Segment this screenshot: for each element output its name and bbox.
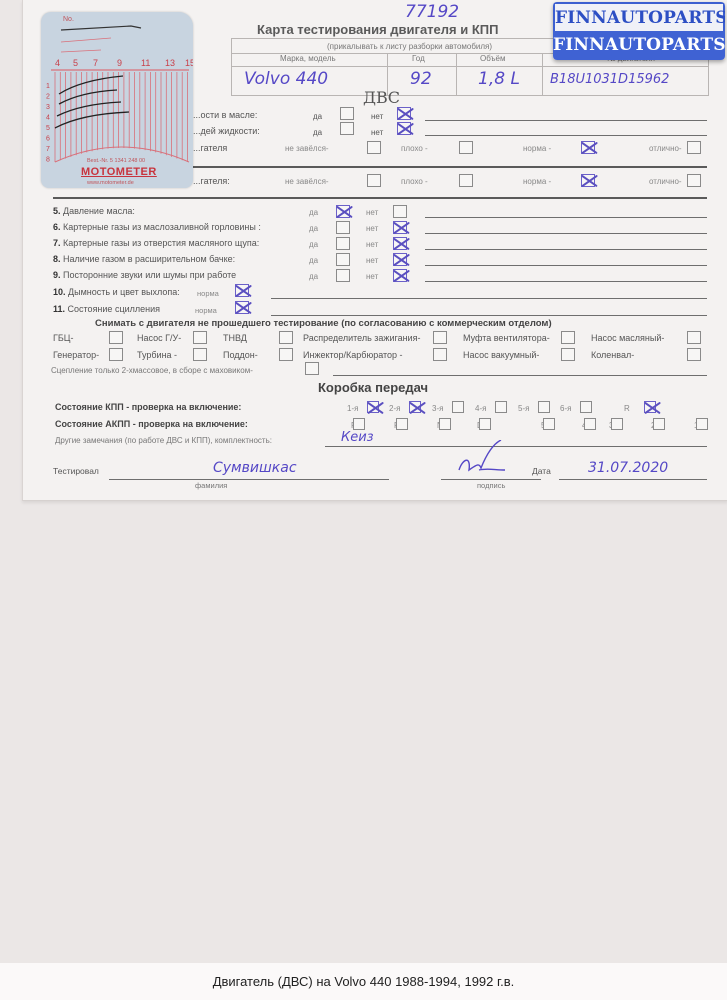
flywheel-note: Сцепление только 2-хмассовое, в сборе с … [51, 366, 253, 375]
svg-text:8: 8 [46, 157, 50, 164]
row-number: 11. [53, 304, 65, 314]
checkbox-no[interactable] [393, 253, 407, 266]
part-checkbox[interactable] [561, 348, 575, 361]
answer-line [425, 233, 707, 234]
answer-line [425, 249, 707, 250]
checkbox-yes[interactable] [336, 253, 350, 266]
gear-checkbox[interactable] [409, 401, 421, 413]
row-number: 10. [53, 287, 66, 297]
no-label: нет [371, 128, 383, 137]
part-label: Насос вакуумный- [463, 350, 539, 360]
checkbox-no[interactable] [393, 269, 407, 282]
gear-checkbox[interactable] [543, 418, 555, 430]
no-label: нет [366, 240, 378, 249]
yes-label: да [309, 272, 318, 281]
answer-line [425, 281, 707, 282]
numbered-row-label: 6. Картерные газы из маслозаливной горло… [53, 222, 261, 232]
part-label: Генератор- [53, 350, 99, 360]
svg-text:4: 4 [55, 58, 60, 68]
gear-label: R [624, 404, 630, 413]
gear-checkbox[interactable] [584, 418, 596, 430]
answer-line [425, 217, 707, 218]
numbered-row-label: 9. Посторонние звуки или шумы при работе [53, 270, 236, 280]
option-checkbox[interactable] [581, 174, 595, 187]
svg-text:4: 4 [46, 115, 50, 122]
checkbox-yes[interactable] [336, 237, 350, 250]
gear-checkbox[interactable] [367, 401, 379, 413]
auto-gearbox-label: Состояние АКПП - проверка на включение: [55, 419, 248, 429]
yes-label: да [309, 208, 318, 217]
row-text: Картерные газы из отверстия масляного щу… [63, 238, 259, 248]
other-notes-label: Другие замечания (по работе ДВС и КПП), … [55, 436, 272, 445]
date-label: Дата [532, 466, 551, 476]
gauge-no-label: No. [63, 16, 74, 23]
row-text: Картерные газы из маслозаливной горловин… [63, 222, 261, 232]
gear-checkbox[interactable] [580, 401, 592, 413]
no-label: нет [366, 224, 378, 233]
part-label: Коленвал- [591, 350, 634, 360]
part-checkbox[interactable] [109, 348, 123, 361]
option-label: плохо - [401, 144, 428, 153]
row-text: Дымность и цвет выхлопа: [68, 287, 180, 297]
column-header-volume: Объём [480, 54, 506, 63]
tested-by-value: Сумвишкас [213, 460, 297, 476]
column-header-year: Год [412, 54, 425, 63]
svg-text:15: 15 [185, 58, 193, 68]
svg-text:11: 11 [141, 58, 150, 68]
gear-label: 5-я [518, 404, 529, 413]
part-checkbox[interactable] [561, 331, 575, 344]
quality-row-label: ...гателя [193, 143, 227, 153]
part-checkbox[interactable] [109, 331, 123, 344]
checkbox-no[interactable] [393, 205, 407, 218]
tracking-number: 77192 [405, 2, 459, 22]
row-text: Давление масла: [63, 206, 135, 216]
norma-label: норма [197, 289, 219, 298]
row-text: Состояние сцилления [68, 304, 160, 314]
part-label: Насос масляный- [591, 333, 664, 343]
part-checkbox[interactable] [433, 348, 447, 361]
tested-by-label: Тестировал [53, 466, 99, 476]
gear-checkbox[interactable] [439, 418, 451, 430]
other-notes-value: Кеиз [341, 430, 374, 445]
part-checkbox[interactable] [279, 348, 293, 361]
remove-section-title: Снимать с двигателя не прошедшего тестир… [95, 318, 552, 329]
no-label: нет [371, 112, 383, 121]
gauge-brand-logo: MOTOMETER [81, 166, 157, 178]
part-label: Инжектор/Карбюратор - [303, 350, 403, 360]
yes-label: да [309, 256, 318, 265]
part-label: Насос Г/У- [137, 333, 181, 343]
option-label: не завёлся- [285, 177, 329, 186]
row-text: Наличие газом в расширительном бачке: [63, 254, 235, 264]
gear-label: 2-я [389, 404, 400, 413]
checkbox-yes[interactable] [336, 269, 350, 282]
yes-label: да [313, 112, 322, 121]
part-label: Муфта вентилятора- [463, 333, 550, 343]
gear-label: 3-я [432, 404, 443, 413]
option-checkbox[interactable] [367, 174, 381, 187]
gear-checkbox[interactable] [538, 401, 550, 413]
gear-label: 1-я [347, 404, 358, 413]
option-checkbox[interactable] [581, 141, 595, 154]
image-caption: Двигатель (ДВС) на Volvo 440 1988-1994, … [0, 963, 727, 1000]
row-number: 5. [53, 206, 61, 216]
signature-caption: подпись [477, 481, 505, 490]
part-label: Турбина - [137, 350, 177, 360]
checkbox-fluid-yes[interactable] [340, 122, 354, 135]
numbered-row-label: 5. Давление масла: [53, 206, 135, 216]
svg-text:6: 6 [46, 136, 50, 143]
norma-row-label: 10. Дымность и цвет выхлопа: [53, 287, 180, 297]
row-number: 7. [53, 238, 61, 248]
svg-text:7: 7 [46, 146, 50, 153]
date-value: 31.07.2020 [588, 460, 668, 476]
gear-checkbox[interactable] [696, 418, 708, 430]
answer-line [425, 265, 707, 266]
part-label: ТНВД [223, 333, 247, 343]
option-checkbox[interactable] [367, 141, 381, 154]
gauge-part-number: Best.-Nr. 5 1341 248 00 [87, 158, 145, 164]
surname-caption: фамилия [195, 481, 227, 490]
answer-line [271, 298, 707, 299]
part-checkbox[interactable] [193, 331, 207, 344]
value-engine-number: B18U1031D15962 [550, 72, 669, 87]
option-checkbox[interactable] [687, 174, 701, 187]
numbered-row-label: 8. Наличие газом в расширительном бачке: [53, 254, 235, 264]
checkbox-oil-no[interactable] [397, 107, 411, 120]
option-label: плохо - [401, 177, 428, 186]
no-label: нет [366, 256, 378, 265]
svg-text:13: 13 [165, 58, 175, 68]
svg-text:5: 5 [46, 125, 50, 132]
part-label: Поддон- [223, 350, 258, 360]
part-checkbox[interactable] [433, 331, 447, 344]
checkbox-oil-yes[interactable] [340, 107, 354, 120]
norma-label: норма [195, 306, 217, 315]
checkbox-yes[interactable] [336, 205, 350, 218]
gear-checkbox[interactable] [452, 401, 464, 413]
row-number: 6. [53, 222, 61, 232]
part-checkbox[interactable] [687, 348, 701, 361]
no-label: нет [366, 208, 378, 217]
no-label: нет [366, 272, 378, 281]
norma-row-label: 11. Состояние сцилления [53, 304, 160, 314]
option-label: отлично- [649, 144, 682, 153]
row-number: 9. [53, 270, 61, 280]
svg-text:5: 5 [73, 58, 78, 68]
column-header-model: Марка, модель [280, 54, 336, 63]
gear-checkbox[interactable] [644, 401, 656, 413]
option-label: отлично- [649, 177, 682, 186]
value-year: 92 [410, 69, 432, 89]
checkbox-no[interactable] [393, 237, 407, 250]
option-checkbox[interactable] [459, 174, 473, 187]
yes-label: да [309, 224, 318, 233]
option-checkbox[interactable] [459, 141, 473, 154]
row-text: Посторонние звуки или шумы при работе [63, 270, 236, 280]
option-label: норма - [523, 144, 551, 153]
value-model: Volvo 440 [244, 69, 328, 89]
svg-text:3: 3 [46, 104, 50, 111]
part-label: ГБЦ- [53, 333, 73, 343]
option-checkbox[interactable] [687, 141, 701, 154]
manual-gearbox-label: Состояние КПП - проверка на включение: [55, 402, 241, 412]
svg-text:2: 2 [46, 94, 50, 101]
option-label: норма - [523, 177, 551, 186]
numbered-row-label: 7. Картерные газы из отверстия масляного… [53, 238, 259, 248]
value-volume: 1,8 L [478, 69, 520, 89]
document-title: Карта тестирования двигателя и КПП [257, 22, 498, 37]
watermark-line-2: FINNAUTOPARTS [553, 31, 725, 60]
gearbox-section-title: Коробка передач [318, 380, 428, 395]
checkbox-yes[interactable] [336, 221, 350, 234]
finnautoparts-watermark: FINNAUTOPARTS FINNAUTOPARTS [553, 2, 725, 60]
part-checkbox[interactable] [687, 331, 701, 344]
part-checkbox[interactable] [279, 331, 293, 344]
signature [449, 440, 519, 482]
gear-label: 6-я [560, 404, 571, 413]
motometer-gauge-card: 45791113151712345678 No. Best.-Nr. 5 134… [41, 12, 193, 188]
table-subtitle: (прикалывать к листу разборки автомобиля… [327, 42, 492, 51]
engine-section-title: ДВС [363, 88, 400, 107]
gear-checkbox[interactable] [611, 418, 623, 430]
part-label: Распределитель зажигания- [303, 333, 420, 343]
gear-label: 4-я [475, 404, 486, 413]
svg-text:7: 7 [93, 58, 98, 68]
part-checkbox[interactable] [193, 348, 207, 361]
watermark-line-1: FINNAUTOPARTS [553, 2, 725, 31]
gear-checkbox[interactable] [353, 418, 365, 430]
option-label: не завёлся- [285, 144, 329, 153]
quality-row-label: ...гателя: [193, 176, 230, 186]
gear-checkbox[interactable] [495, 401, 507, 413]
divider [193, 166, 707, 168]
checkbox-no[interactable] [393, 221, 407, 234]
yes-label: да [309, 240, 318, 249]
yes-label: да [313, 128, 322, 137]
gauge-website: www.motometer.de [87, 180, 134, 186]
gear-checkbox[interactable] [479, 418, 491, 430]
svg-text:9: 9 [117, 58, 122, 68]
checkbox-norma[interactable] [235, 301, 249, 314]
gear-checkbox[interactable] [653, 418, 665, 430]
answer-line [271, 315, 707, 316]
checkbox-fluid-no[interactable] [397, 122, 411, 135]
row-number: 8. [53, 254, 61, 264]
row-label-fluid: ...дей жидкости: [193, 126, 260, 136]
checkbox-norma[interactable] [235, 284, 249, 297]
checkbox-flywheel[interactable] [305, 362, 319, 375]
gear-checkbox[interactable] [396, 418, 408, 430]
divider [53, 197, 707, 199]
svg-text:1: 1 [46, 83, 50, 90]
row-label-oil: ...ости в масле: [193, 110, 257, 120]
